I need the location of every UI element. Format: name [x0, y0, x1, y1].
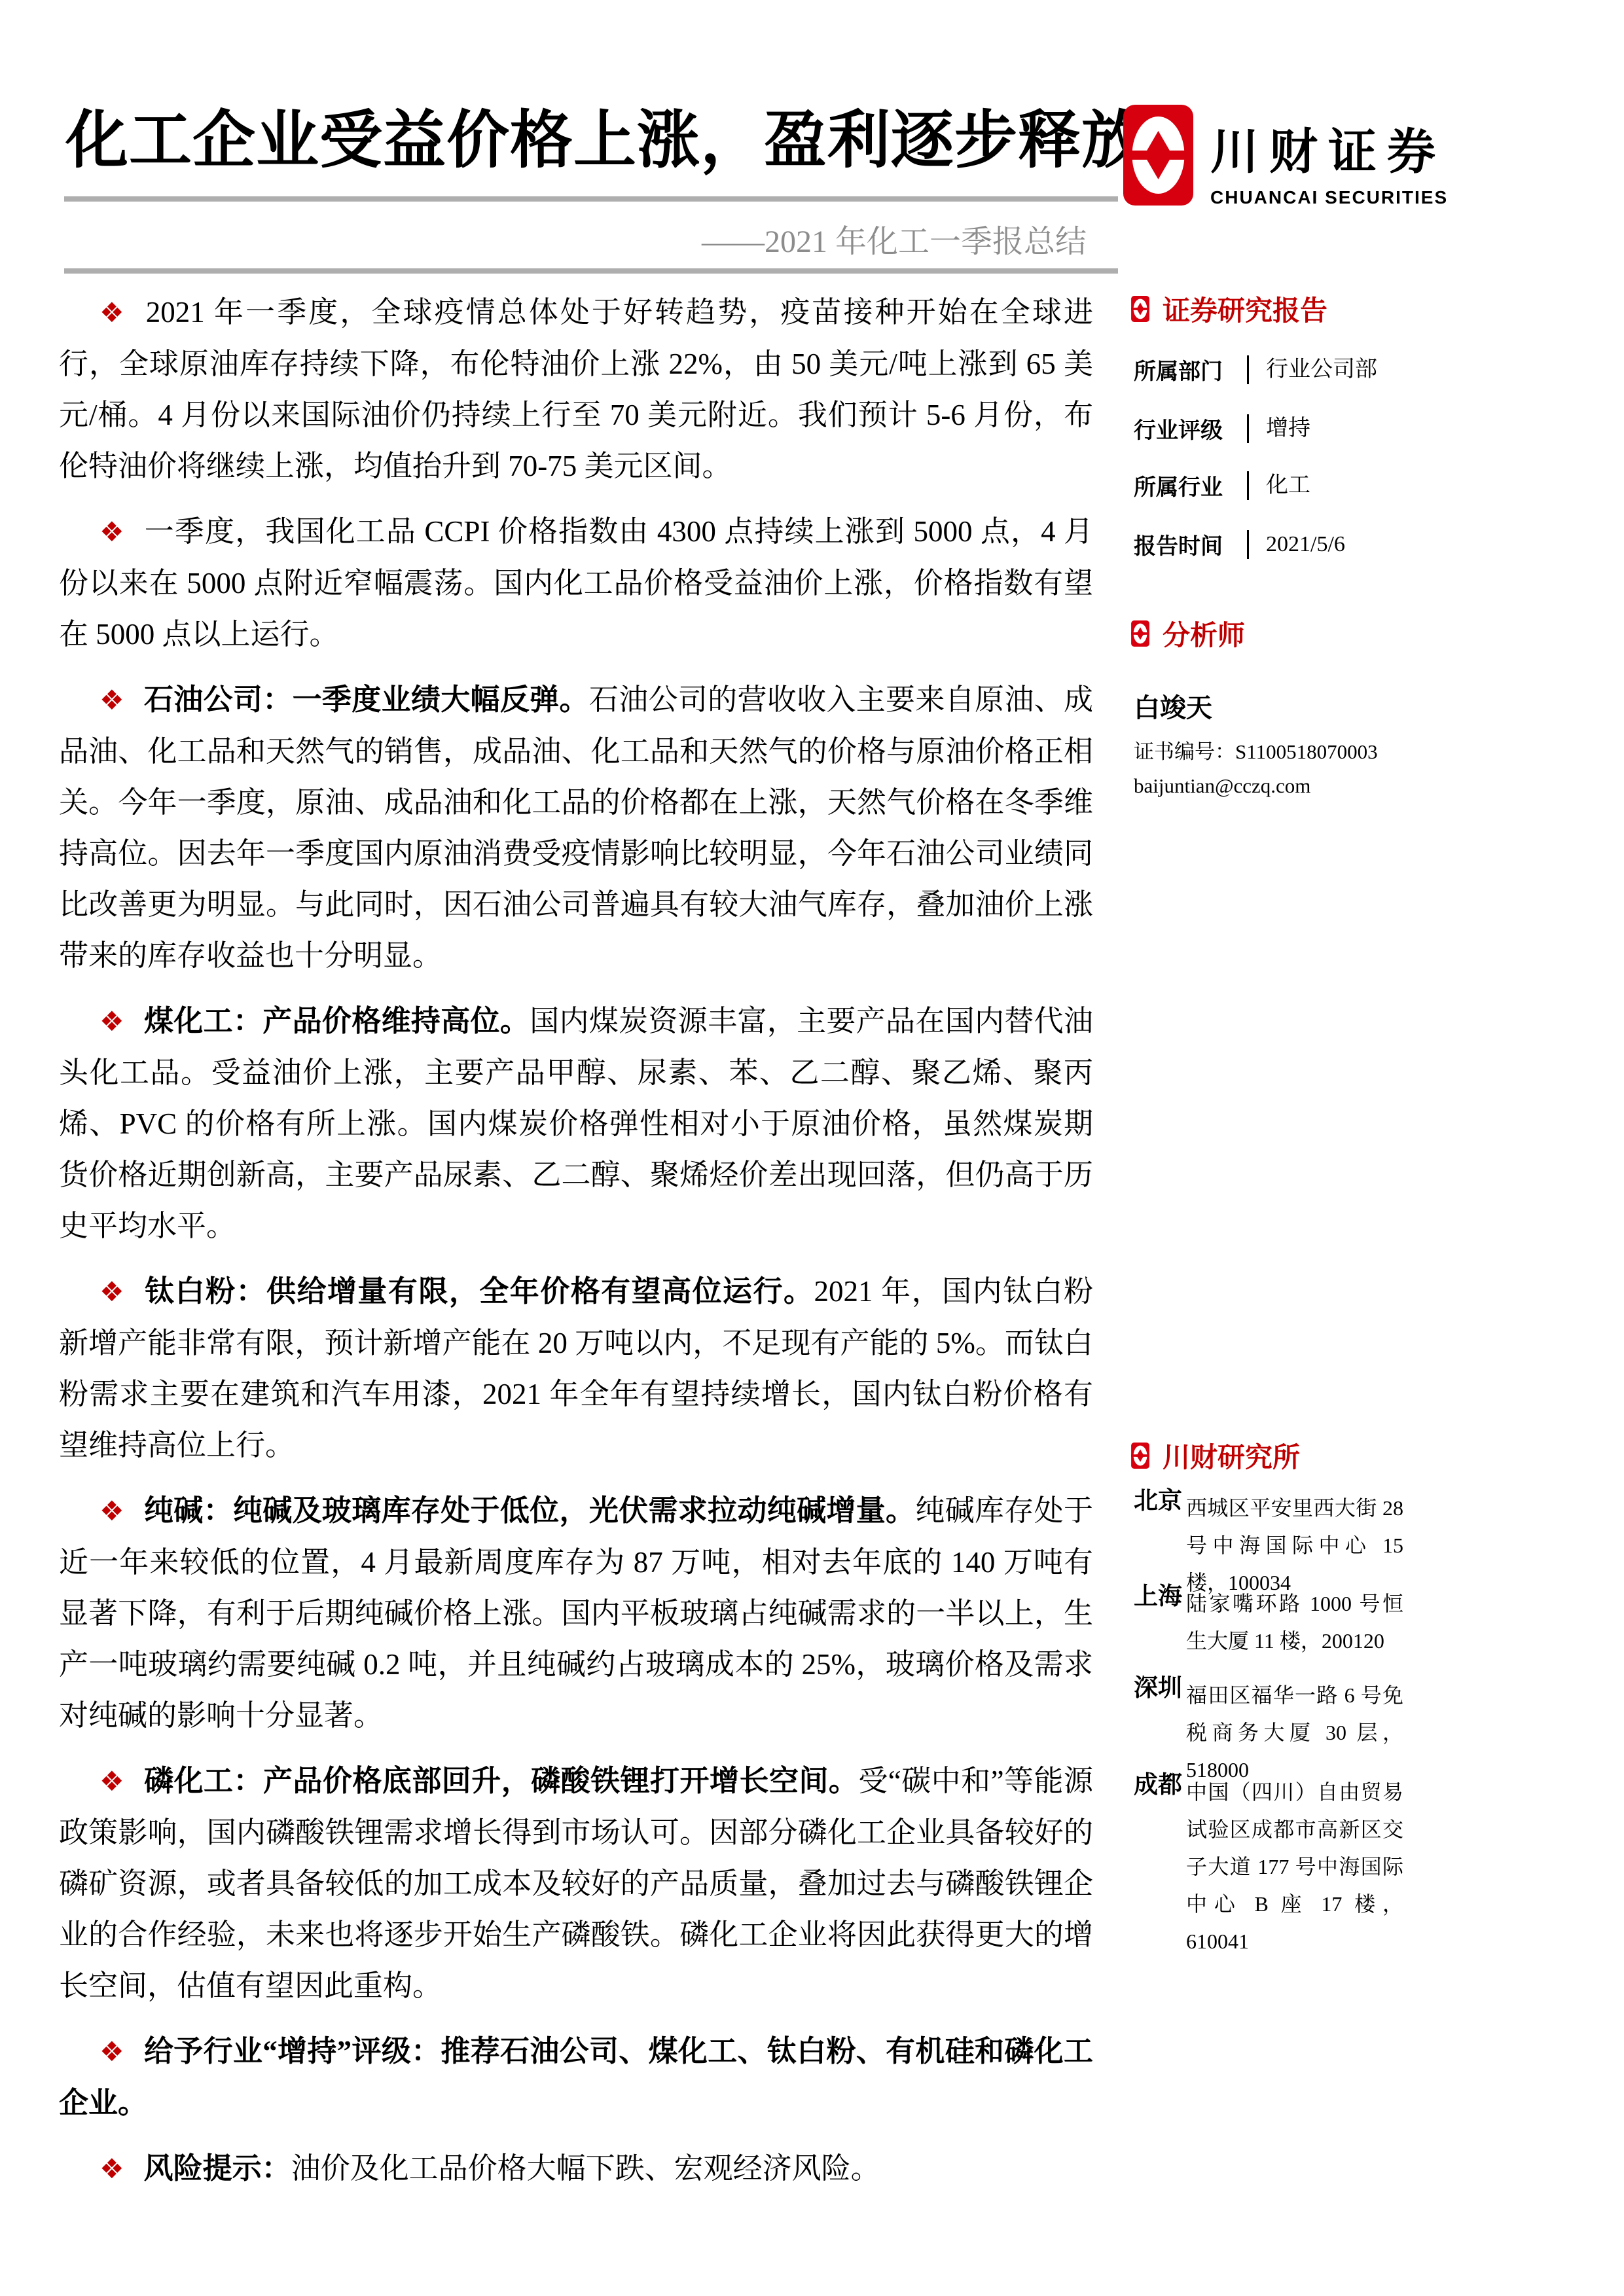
- paragraph-text: 2021 年一季度，全球疫情总体处于好转趋势，疫苗接种开始在全球进行，全球原油库…: [59, 296, 1093, 482]
- section-title: 川财研究所: [1163, 1436, 1300, 1475]
- report-paragraph: ❖石油公司：一季度业绩大幅反弹。石油公司的营收收入主要来自原油、成品油、化工品和…: [59, 674, 1093, 981]
- office-city: 上海: [1134, 1576, 1186, 1660]
- field-label: 报告时间: [1134, 528, 1247, 560]
- paragraph-lead: 钛白粉：供给增量有限，全年价格有望高位运行。: [145, 1275, 814, 1308]
- paragraph-lead: 石油公司：一季度业绩大幅反弹。: [144, 683, 589, 716]
- paragraph-lead: 给予行业“增持”评级：推荐石油公司、煤化工、钛白粉、有机硅和磷化工企业。: [59, 2035, 1093, 2119]
- office-city: 成都: [1134, 1765, 1186, 1960]
- title-rule-top: [64, 196, 1118, 202]
- paragraph-lead: 煤化工：产品价格维持高位。: [144, 1005, 530, 1037]
- report-paragraph: ❖风险提示：油价及化工品价格大幅下跌、宏观经济风险。: [59, 2143, 1093, 2195]
- paragraph-text: 国内煤炭资源丰富，主要产品在国内替代油头化工品。受益油价上涨，主要产品甲醇、尿素…: [59, 1005, 1093, 1242]
- report-sidebar: 证券研究报告 所属部门 行业公司部 行业评级 增持 所属行业 化工 报告时间 2…: [1131, 0, 1589, 2296]
- diamond-bullet-icon: ❖: [99, 2153, 124, 2185]
- report-paragraph: ❖一季度，我国化工品 CCPI 价格指数由 4300 点持续上涨到 5000 点…: [59, 506, 1093, 660]
- meta-field-department: 所属部门 行业公司部: [1134, 353, 1377, 386]
- section-research-institute: 川财研究所: [1131, 1436, 1300, 1475]
- diamond-bullet-icon: ❖: [99, 1765, 124, 1797]
- analyst-name: 白竣天: [1134, 687, 1378, 725]
- diamond-bullet-icon: ❖: [99, 1276, 125, 1308]
- diamond-bullet-icon: ❖: [99, 1495, 124, 1527]
- paragraph-text: 一季度，我国化工品 CCPI 价格指数由 4300 点持续上涨到 5000 点，…: [59, 515, 1093, 651]
- section-title: 分析师: [1163, 614, 1245, 653]
- report-paragraph: ❖给予行业“增持”评级：推荐石油公司、煤化工、钛白粉、有机硅和磷化工企业。: [59, 2026, 1093, 2128]
- diamond-bullet-icon: ❖: [99, 2036, 124, 2068]
- paragraph-text: 油价及化工品价格大幅下跌、宏观经济风险。: [291, 2152, 880, 2185]
- report-paragraph: ❖磷化工：产品价格底部回升，磷酸铁锂打开增长空间。受“碳中和”等能源政策影响，国…: [59, 1755, 1093, 2011]
- office-address: 陆家嘴环路 1000 号恒生大厦 11 楼，200120: [1186, 1576, 1403, 1660]
- office-shanghai: 上海 陆家嘴环路 1000 号恒生大厦 11 楼，200120: [1134, 1576, 1403, 1660]
- paragraph-lead: 磷化工：产品价格底部回升，磷酸铁锂打开增长空间。: [144, 1765, 858, 1797]
- analyst-email: baijuntian@cczq.com: [1134, 769, 1378, 803]
- diamond-bullet-icon: ❖: [99, 516, 125, 548]
- field-value: 行业公司部: [1247, 355, 1377, 384]
- paragraph-text: 石油公司的营收收入主要来自原油、成品油、化工品和天然气的销售，成品油、化工品和天…: [59, 683, 1093, 972]
- office-address: 中国（四川）自由贸易试验区成都市高新区交子大道 177 号中海国际中心 B 座 …: [1186, 1765, 1403, 1960]
- report-paragraph: ❖煤化工：产品价格维持高位。国内煤炭资源丰富，主要产品在国内替代油头化工品。受益…: [59, 996, 1093, 1251]
- report-subtitle: ——2021 年化工一季报总结: [65, 216, 1087, 261]
- report-paragraph: ❖钛白粉：供给增量有限，全年价格有望高位运行。2021 年，国内钛白粉新增产能非…: [59, 1266, 1093, 1471]
- paragraph-lead: 风险提示：: [144, 2152, 291, 2185]
- brand-s-arrows-icon: [1131, 296, 1149, 322]
- brand-s-arrows-icon: [1131, 1443, 1149, 1469]
- field-value: 2021/5/6: [1247, 530, 1345, 559]
- report-paragraph: ❖纯碱：纯碱及玻璃库存处于低位，光伏需求拉动纯碱增量。纯碱库存处于近一年来较低的…: [59, 1485, 1093, 1741]
- brand-s-arrows-icon: [1131, 620, 1149, 647]
- paragraph-lead: 纯碱：纯碱及玻璃库存处于低位，光伏需求拉动纯碱增量。: [144, 1494, 915, 1527]
- section-title: 证券研究报告: [1163, 289, 1327, 329]
- title-rule-bottom: [64, 268, 1118, 274]
- report-body: ❖2021 年一季度，全球疫情总体处于好转趋势，疫苗接种开始在全球进行，全球原油…: [59, 287, 1093, 2209]
- office-chengdu: 成都 中国（四川）自由贸易试验区成都市高新区交子大道 177 号中海国际中心 B…: [1134, 1765, 1403, 1960]
- field-label: 所属部门: [1134, 353, 1247, 386]
- report-paragraph: ❖2021 年一季度，全球疫情总体处于好转趋势，疫苗接种开始在全球进行，全球原油…: [59, 287, 1093, 492]
- paragraph-text: 纯碱库存处于近一年来较低的位置，4 月最新周度库存为 87 万吨，相对去年底的 …: [59, 1494, 1093, 1732]
- field-label: 行业评级: [1134, 412, 1247, 444]
- analyst-card: 白竣天 证书编号：S1100518070003 baijuntian@cczq.…: [1134, 687, 1378, 803]
- diamond-bullet-icon: ❖: [99, 296, 126, 329]
- paragraph-text: 受“碳中和”等能源政策影响，国内磷酸铁锂需求增长得到市场认可。因部分磷化工企业具…: [59, 1765, 1093, 2002]
- field-label: 所属行业: [1134, 469, 1247, 501]
- meta-field-sector: 所属行业 化工: [1134, 469, 1310, 501]
- diamond-bullet-icon: ❖: [99, 684, 124, 716]
- section-analyst: 分析师: [1131, 614, 1245, 653]
- meta-field-industry-rating: 行业评级 增持: [1134, 412, 1310, 444]
- analyst-cert-number: 证书编号：S1100518070003: [1134, 735, 1378, 769]
- report-page: 化工企业受益价格上涨，盈利逐步释放 川财证券 CHUANCAI SECURITI…: [0, 0, 1624, 2296]
- page-title: 化工企业受益价格上涨，盈利逐步释放: [65, 90, 1106, 180]
- field-value: 增持: [1247, 414, 1310, 443]
- meta-field-report-date: 报告时间 2021/5/6: [1134, 528, 1345, 560]
- field-value: 化工: [1247, 471, 1310, 500]
- section-securities-research: 证券研究报告: [1131, 289, 1327, 329]
- diamond-bullet-icon: ❖: [99, 1005, 124, 1037]
